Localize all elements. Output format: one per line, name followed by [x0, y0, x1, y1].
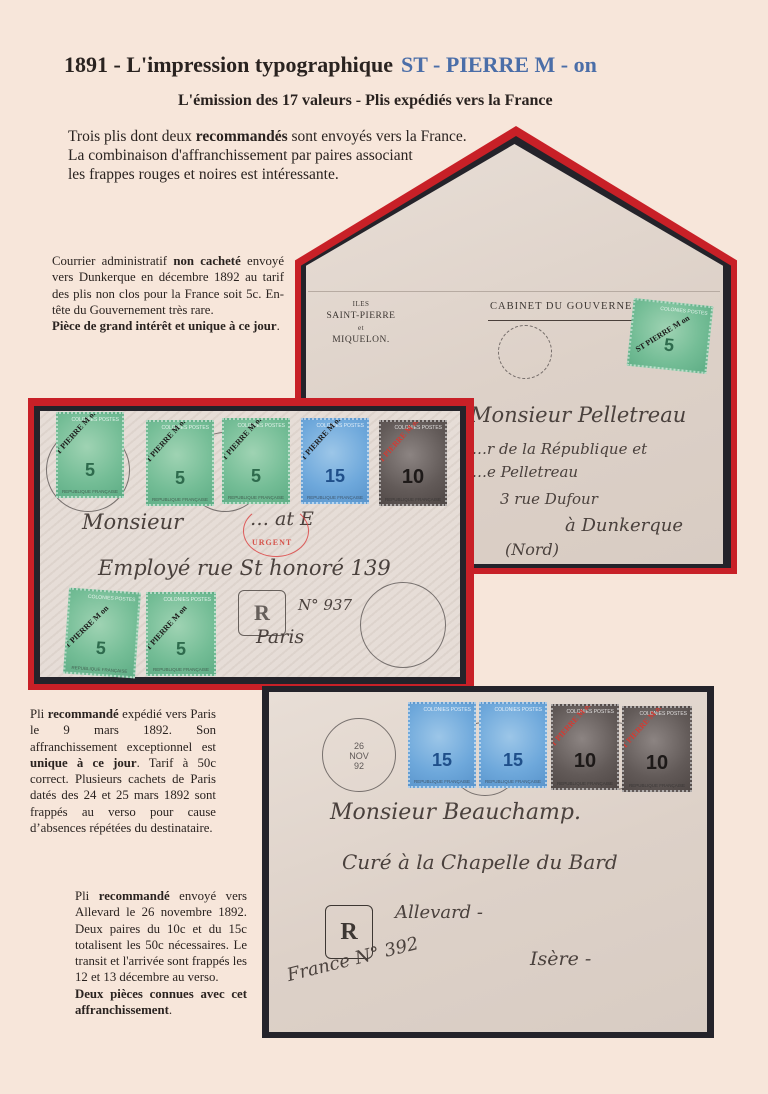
stamp-caption: COLONIES POSTES: [163, 597, 211, 603]
cover1-letterhead-rule: [488, 320, 638, 321]
note-text: Pli: [30, 707, 48, 721]
cover3-address-line: Monsieur Beauchamp.: [330, 800, 581, 825]
stamp-value: 10: [381, 466, 445, 489]
cover2-stamp-10c: COLONIES POSTES 10 ST PIERRE M on REPUBL…: [379, 420, 447, 506]
cover3-address-line: Allevard -: [395, 902, 483, 923]
stamp-footer: REPUBLIQUE FRANÇAISE: [481, 779, 545, 784]
stamp-value: 15: [303, 466, 367, 487]
cover1-stamp-5c: COLONIES POSTES 5 ST PIERRE M on: [627, 298, 714, 374]
stamp-value: 10: [624, 752, 690, 775]
cover2-stamp-5c: COLONIES POSTES 5 ST PIERRE M on REPUBLI…: [63, 588, 141, 679]
cover2-arrival-cancel: [360, 582, 446, 668]
postmark-month: NOV: [323, 751, 395, 761]
title-text: 1891 - L'impression typographique: [64, 52, 393, 77]
cover2-stamp-5c: COLONIES POSTES 5 ST PIERRE M on REPUBLI…: [146, 592, 216, 676]
postmark-day: 26: [323, 741, 395, 751]
cover3-stamp-15c: COLONIES POSTES 15 REPUBLIQUE FRANÇAISE: [479, 702, 547, 788]
cover2-reg-number: N° 937: [298, 596, 352, 614]
cover2-stamp-5c: COLONIES POSTES 5 ST PIERRE M on REPUBLI…: [146, 420, 214, 506]
note-text: .: [277, 319, 280, 333]
note-bold: unique à ce jour: [30, 756, 137, 770]
note-bold: non cacheté: [173, 254, 240, 268]
stamp-footer: REPUBLIQUE FRANÇAISE: [553, 781, 617, 786]
cover2-stamp-5c: COLONIES POSTES 5 ST PIERRE M on REPUBLI…: [56, 412, 124, 498]
stamp-caption: COLONIES POSTES: [423, 707, 471, 713]
intro-line3: les frappes rouges et noires est intéres…: [68, 165, 488, 184]
cover1-letterhead-left: ILES SAINT-PIERRE et MIQUELON.: [316, 298, 406, 346]
cover2-address-line: Employé rue St honoré 139: [98, 556, 391, 580]
note-text: envoyé vers Allevard le 26 novembre 1892…: [75, 889, 247, 984]
stamp-footer: REPUBLIQUE FRANÇAISE: [410, 779, 474, 784]
note-bold: Deux pièces connues avec cet affranchiss…: [75, 987, 247, 1017]
note-text: Courrier administratif: [52, 254, 173, 268]
intro-line1-end: sont envoyés vers la France.: [288, 128, 467, 145]
cover2-stamp-15c: COLONIES POSTES 15 ST PIERRE M on REPUBL…: [301, 418, 369, 504]
note-bold: recommandé: [48, 707, 119, 721]
title-accent: ST - PIERRE M - on: [401, 52, 597, 77]
note-bold: recommandé: [99, 889, 170, 903]
cover1-letterhead-right: CABINET DU GOUVERNEU: [490, 301, 641, 312]
stamp-footer: REPUBLIQUE FRANÇAISE: [303, 495, 367, 500]
cover1-address-line: à Dunkerque: [565, 515, 683, 536]
cover1-postmark: [498, 325, 552, 379]
stamp-footer: REPUBLIQUE FRANÇAISE: [58, 489, 122, 494]
cover3-address-line: Isère -: [530, 948, 591, 970]
stamp-footer: REPUBLIQUE FRANÇAISE: [148, 497, 212, 502]
cover3-stamp-10c: COLONIES POSTES 10 ST PIERRE M on REPUBL…: [551, 704, 619, 790]
stamp-caption: COLONIES POSTES: [494, 707, 542, 713]
stamp-footer: REPUBLIQUE FRANÇAISE: [65, 665, 133, 675]
stamp-value: 15: [481, 750, 545, 771]
stamp-footer: REPUBLIQUE FRANÇAISE: [624, 783, 690, 788]
cover1-address-line: …e Pelletreau: [472, 463, 578, 481]
cover1-address-line: Monsieur Pelletreau: [470, 403, 686, 427]
letterhead-line: SAINT-PIERRE: [316, 310, 406, 322]
cover3-description: Pli recommandé envoyé vers Allevard le 2…: [75, 888, 247, 1018]
cover2-description: Pli recommandé expédié vers Paris le 9 m…: [30, 706, 216, 836]
cover2-address-line: Monsieur: [82, 510, 183, 534]
cover1-description: Courrier administratif non cacheté envoy…: [52, 253, 284, 334]
stamp-value: 5: [224, 466, 288, 487]
postmark-date: 26 NOV 92: [323, 741, 395, 771]
cover3-postmark: 26 NOV 92: [322, 718, 396, 792]
cover1-address-line: (Nord): [505, 540, 559, 559]
letterhead-line: et: [316, 322, 406, 334]
postmark-year: 92: [323, 761, 395, 771]
intro-line1: Trois plis dont deux: [68, 128, 196, 145]
letterhead-line: MIQUELON.: [316, 334, 406, 346]
cover2-stamp-5c: COLONIES POSTES 5 ST PIERRE M on REPUBLI…: [222, 418, 290, 504]
stamp-value: 5: [148, 468, 212, 489]
intro-line2: La combinaison d'affranchissement par pa…: [68, 146, 488, 165]
cover2-red-cachet: [243, 505, 309, 557]
cover1-address-line: 3 rue Dufour: [500, 490, 598, 508]
page-subtitle: L'émission des 17 valeurs - Plis expédié…: [178, 92, 553, 110]
cover1-address-line: …r de la République et: [472, 440, 647, 458]
cover1-flap-fold: [308, 291, 720, 292]
intro-bold: recommandés: [196, 128, 288, 145]
cover2-address-line: Paris: [256, 626, 304, 648]
stamp-footer: REPUBLIQUE FRANÇAISE: [381, 497, 445, 502]
cover3-address-line: Curé à la Chapelle du Bard: [342, 850, 618, 874]
stamp-value: 10: [553, 750, 617, 773]
cover2-urgent-mark: URGENT: [252, 538, 292, 547]
stamp-footer: REPUBLIQUE FRANÇAISE: [148, 667, 214, 672]
stamp-caption: COLONIES POSTES: [88, 594, 136, 603]
note-text: Pli: [75, 889, 99, 903]
stamp-value: 15: [410, 750, 474, 771]
note-text: .: [169, 1003, 172, 1017]
stamp-value: 5: [58, 460, 122, 481]
stamp-footer: REPUBLIQUE FRANÇAISE: [224, 495, 288, 500]
letterhead-line: ILES: [316, 298, 406, 310]
cover3-stamp-10c: COLONIES POSTES 10 ST PIERRE M on REPUBL…: [622, 706, 692, 792]
note-bold: Pièce de grand intérêt et unique à ce jo…: [52, 319, 277, 333]
cover3-stamp-15c: COLONIES POSTES 15 REPUBLIQUE FRANÇAISE: [408, 702, 476, 788]
page-title: 1891 - L'impression typographiqueST - PI…: [64, 52, 597, 78]
intro-text: Trois plis dont deux recommandés sont en…: [68, 127, 488, 184]
